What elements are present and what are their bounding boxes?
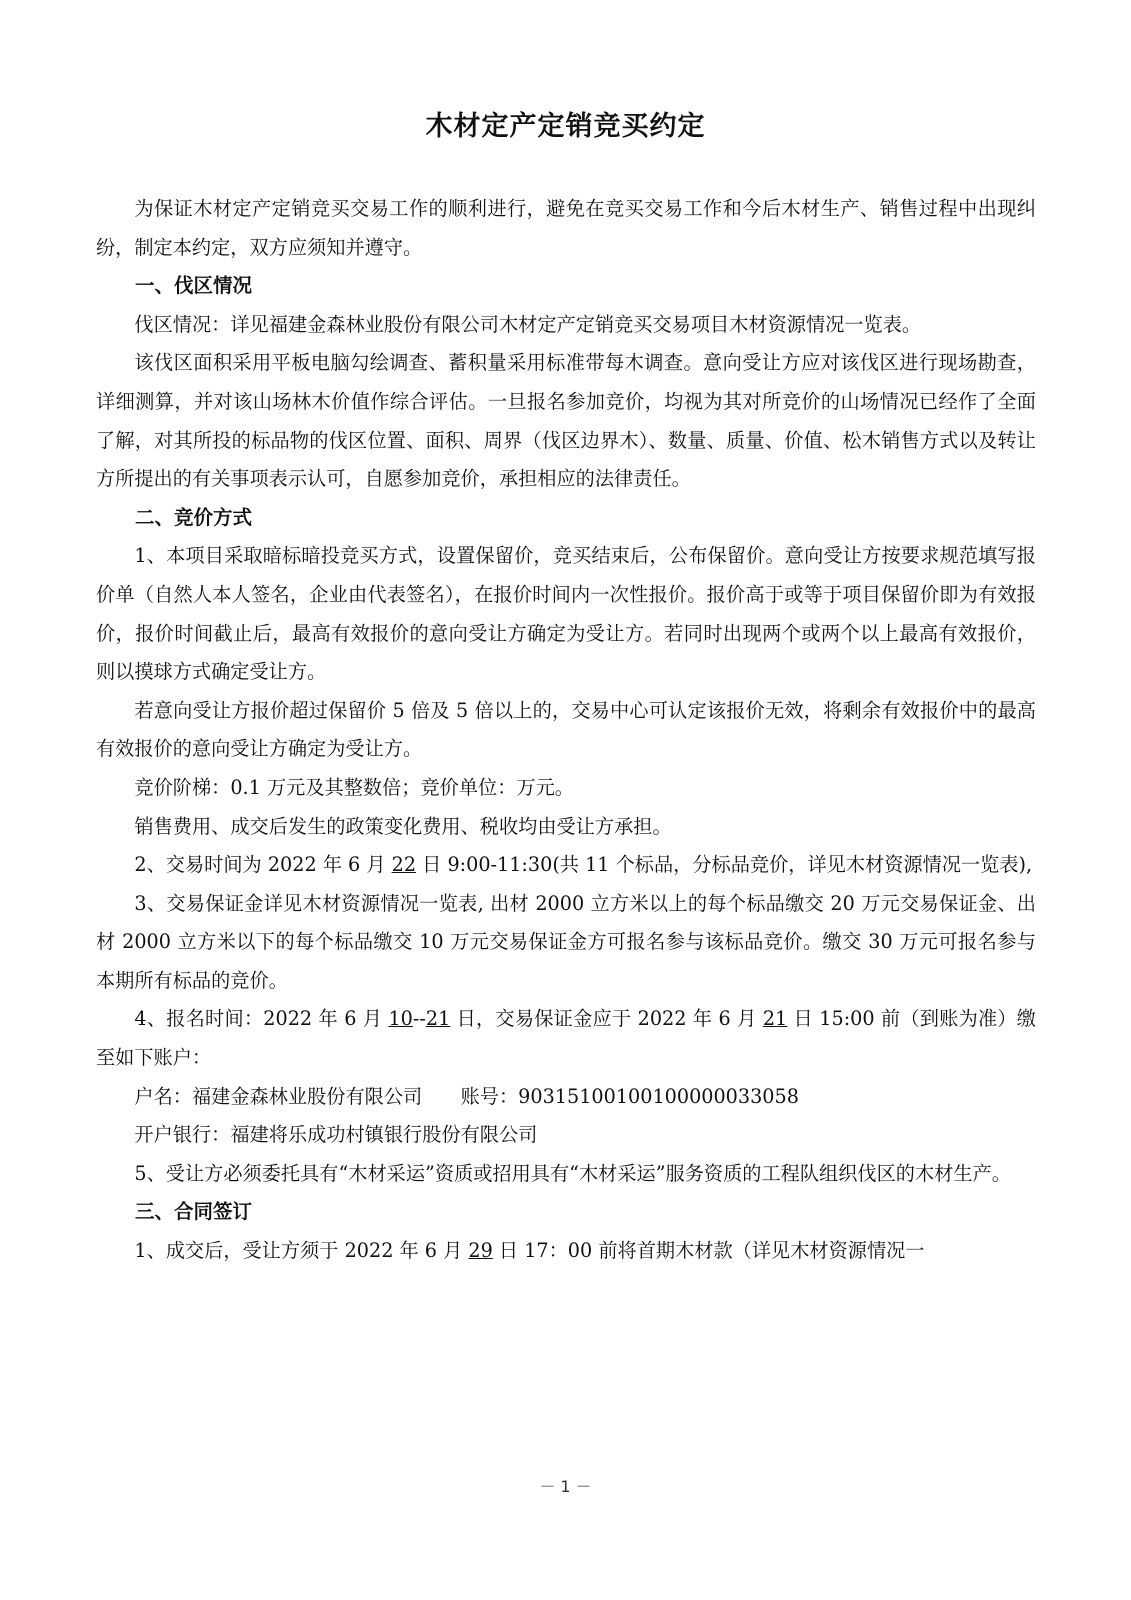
- account-number: 90315100100100000033058: [518, 1085, 799, 1108]
- section1-paragraph-1: 伐区情况：详见福建金森林业股份有限公司木材定产定销竞买交易项目木材资源情况一览表…: [96, 306, 1036, 345]
- registration-end-day: 21: [426, 1007, 450, 1030]
- registration-start-day: 10: [388, 1007, 412, 1030]
- fees-paragraph: 销售费用、成交后发生的政策变化费用、税收均由受让方承担。: [96, 808, 1036, 847]
- registration-mid: 日，交易保证金应于 2022 年 6 月: [450, 1007, 763, 1030]
- trading-day: 22: [392, 853, 416, 876]
- contract-post: 日 17：00 前将首期木材款（详见木材资源情况一: [493, 1239, 925, 1262]
- intro-paragraph: 为保证木材定产定销竞买交易工作的顺利进行，避免在竞买交易工作和今后木材生产、销售…: [96, 190, 1036, 267]
- bank-label: 开户银行：: [134, 1123, 230, 1146]
- bank-name: 福建将乐成功村镇银行股份有限公司: [230, 1123, 537, 1146]
- account-name-label: 户名：: [134, 1085, 192, 1108]
- document-page: 木材定产定销竞买约定 为保证木材定产定销竞买交易工作的顺利进行，避免在竞买交易工…: [0, 0, 1131, 1600]
- section2-paragraph-1: 1、本项目采取暗标暗投竞买方式，设置保留价，竞买结束后，公布保留价。意向受让方按…: [96, 537, 1036, 691]
- account-info: 户名：福建金森林业股份有限公司账号：9031510010010000003305…: [96, 1078, 1036, 1117]
- registration-paragraph: 4、报名时间：2022 年 6 月 10--21 日，交易保证金应于 2022 …: [96, 1000, 1036, 1077]
- deposit-paragraph: 3、交易保证金详见木材资源情况一览表, 出材 2000 立方米以上的每个标品缴交…: [96, 885, 1036, 1001]
- bid-increment-paragraph: 竞价阶梯：0.1 万元及其整数倍；竞价单位：万元。: [96, 769, 1036, 808]
- section-heading-3: 三、合同签订: [96, 1193, 1036, 1232]
- document-body: 为保证木材定产定销竞买交易工作的顺利进行，避免在竞买交易工作和今后木材生产、销售…: [96, 190, 1036, 1271]
- contract-pre: 1、成交后，受让方须于 2022 年 6 月: [134, 1239, 468, 1262]
- contract-paragraph-1: 1、成交后，受让方须于 2022 年 6 月 29 日 17：00 前将首期木材…: [96, 1232, 1036, 1271]
- registration-sep: --: [413, 1007, 426, 1030]
- registration-pre: 4、报名时间：2022 年 6 月: [134, 1007, 388, 1030]
- qualification-paragraph: 5、受让方必须委托具有“木材采运”资质或招用具有“木材采运”服务资质的工程队组织…: [96, 1155, 1036, 1194]
- account-number-label: 账号：: [461, 1085, 519, 1108]
- account-name: 福建金森林业股份有限公司: [192, 1085, 422, 1108]
- trading-time-paragraph: 2、交易时间为 2022 年 6 月 22 日 9:00-11:30(共 11 …: [96, 846, 1036, 885]
- bank-info: 开户银行：福建将乐成功村镇银行股份有限公司: [96, 1116, 1036, 1155]
- trading-time-pre: 2、交易时间为 2022 年 6 月: [134, 853, 391, 876]
- document-title: 木材定产定销竞买约定: [0, 104, 1131, 143]
- section-heading-2: 二、竞价方式: [96, 499, 1036, 538]
- trading-time-post: 日 9:00-11:30(共 11 个标品，分标品竞价，详见木材资源情况一览表)…: [416, 853, 1032, 876]
- section2-paragraph-2: 若意向受让方报价超过保留价 5 倍及 5 倍以上的，交易中心可认定该报价无效，将…: [96, 692, 1036, 769]
- section-heading-1: 一、伐区情况: [96, 267, 1036, 306]
- page-number: － 1 －: [0, 1474, 1131, 1497]
- deposit-deadline-day: 21: [763, 1007, 787, 1030]
- payment-day: 29: [468, 1239, 492, 1262]
- section1-paragraph-2: 该伐区面积采用平板电脑勾绘调查、蓄积量采用标准带每木调查。意向受让方应对该伐区进…: [96, 344, 1036, 498]
